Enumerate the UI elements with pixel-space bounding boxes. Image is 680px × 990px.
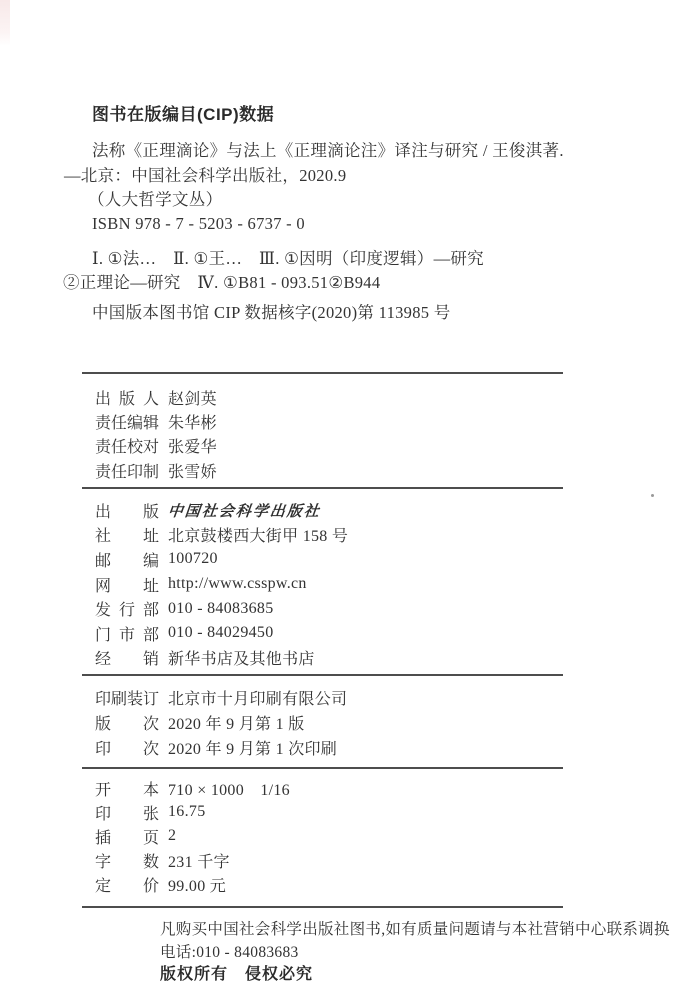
publisher-website: http://www.csspw.cn <box>168 575 307 593</box>
format-row: 插 页 2 <box>95 824 290 848</box>
staff-row: 责任印制 张雪娇 <box>95 458 217 482</box>
printing-row: 印刷装订 北京市十月印刷有限公司 <box>95 685 347 710</box>
scan-artifact <box>0 0 10 46</box>
staff-value: 张爱华 <box>168 434 217 457</box>
cip-class-line-2: ②正理论—研究 Ⅳ. ①B81 - 093.51②B944 <box>63 274 380 292</box>
divider-4 <box>82 767 563 769</box>
staff-value: 朱华彬 <box>168 410 217 433</box>
publisher-label: 门 市 部 <box>95 622 159 645</box>
format-row: 开 本 710 × 1000 1/16 <box>95 776 290 800</box>
format-label: 插 页 <box>95 825 159 848</box>
printing-row: 印 次 2020 年 9 月第 1 次印刷 <box>95 735 347 760</box>
format-value: 99.00 元 <box>168 873 226 896</box>
publisher-label: 邮 编 <box>95 548 159 571</box>
divider-5 <box>82 906 563 908</box>
format-section: 开 本 710 × 1000 1/16 印 张 16.75 插 页 2 字 数 … <box>95 776 290 896</box>
printing-value: 北京市十月印刷有限公司 <box>168 686 347 709</box>
format-value: 231 千字 <box>168 849 230 872</box>
printing-label: 印刷装订 <box>95 686 159 709</box>
cip-title-line-1: 法称《正理滴论》与法上《正理滴论注》译注与研究 / 王俊淇著. <box>92 142 564 160</box>
divider-3 <box>82 674 563 676</box>
format-row: 字 数 231 千字 <box>95 848 290 872</box>
publisher-row: 邮 编 100720 <box>95 547 348 572</box>
publisher-label: 发 行 部 <box>95 597 159 620</box>
copyright-notice: 版权所有 侵权必究 <box>160 965 313 985</box>
purchase-notice: 凡购买中国社会科学出版社图书,如有质量问题请与本社营销中心联系调换 <box>160 920 670 940</box>
cip-class-line-1: Ⅰ. ①法… Ⅱ. ①王… Ⅲ. ①因明（印度逻辑）—研究 <box>92 250 484 268</box>
cip-record: 中国版本图书馆 CIP 数据核字(2020)第 113985 号 <box>92 304 451 322</box>
staff-row: 责任编辑 朱华彬 <box>95 409 217 433</box>
printing-row: 版 次 2020 年 9 月第 1 版 <box>95 710 347 735</box>
format-value: 16.75 <box>168 803 206 821</box>
staff-section: 出 版 人 赵剑英 责任编辑 朱华彬 责任校对 张爱华 责任印制 张雪娇 <box>95 385 217 483</box>
publisher-section: 出 版 中国社会科学出版社 社 址 北京鼓楼西大街甲 158 号 邮 编 100… <box>95 498 348 670</box>
publisher-value: 010 - 84029450 <box>168 624 274 642</box>
format-value: 2 <box>168 827 176 845</box>
format-label: 开 本 <box>95 777 159 800</box>
staff-value: 赵剑英 <box>168 386 217 409</box>
publisher-value: 100720 <box>168 550 218 568</box>
publisher-row: 门 市 部 010 - 84029450 <box>95 621 348 646</box>
publisher-row: 发 行 部 010 - 84083685 <box>95 596 348 621</box>
publisher-label: 经 销 <box>95 646 159 669</box>
publisher-value: 北京鼓楼西大街甲 158 号 <box>168 523 348 546</box>
staff-value: 张雪娇 <box>168 459 217 482</box>
staff-label: 责任编辑 <box>95 410 159 433</box>
publisher-value: 010 - 84083685 <box>168 600 274 618</box>
divider-2 <box>82 487 563 489</box>
publisher-row: 网 址 http://www.csspw.cn <box>95 572 348 597</box>
printing-section: 印刷装订 北京市十月印刷有限公司 版 次 2020 年 9 月第 1 版 印 次… <box>95 685 347 760</box>
publisher-row: 经 销 新华书店及其他书店 <box>95 646 348 671</box>
printing-label: 版 次 <box>95 711 159 734</box>
copyright-page: 图书在版编目(CIP)数据 法称《正理滴论》与法上《正理滴论注》译注与研究 / … <box>0 0 680 990</box>
staff-label: 出 版 人 <box>95 386 159 409</box>
format-row: 定 价 99.00 元 <box>95 872 290 896</box>
staff-label: 责任校对 <box>95 434 159 457</box>
staff-row: 责任校对 张爱华 <box>95 434 217 458</box>
publisher-row: 出 版 中国社会科学出版社 <box>95 498 348 523</box>
format-label: 定 价 <box>95 873 159 896</box>
publisher-label: 网 址 <box>95 573 159 596</box>
cip-isbn: ISBN 978 - 7 - 5203 - 6737 - 0 <box>92 215 305 233</box>
printing-value: 2020 年 9 月第 1 次印刷 <box>168 736 337 759</box>
printing-value: 2020 年 9 月第 1 版 <box>168 711 305 734</box>
publisher-value: 新华书店及其他书店 <box>168 646 315 669</box>
publisher-label: 出 版 <box>95 499 159 522</box>
format-label: 印 张 <box>95 801 159 824</box>
staff-row: 出 版 人 赵剑英 <box>95 385 217 409</box>
printing-label: 印 次 <box>95 736 159 759</box>
format-label: 字 数 <box>95 849 159 872</box>
service-phone: 电话:010 - 84083683 <box>160 943 299 963</box>
publisher-label: 社 址 <box>95 523 159 546</box>
publisher-wordmark: 中国社会科学出版社 <box>167 500 322 521</box>
format-row: 印 张 16.75 <box>95 800 290 824</box>
scan-speck <box>651 494 654 497</box>
cip-heading: 图书在版编目(CIP)数据 <box>92 106 274 124</box>
cip-title-line-2: —北京：中国社会科学出版社，2020.9 <box>64 167 346 185</box>
format-value: 710 × 1000 1/16 <box>168 777 290 800</box>
divider-1 <box>82 372 563 374</box>
publisher-row: 社 址 北京鼓楼西大街甲 158 号 <box>95 523 348 548</box>
staff-label: 责任印制 <box>95 459 159 482</box>
cip-series: （人大哲学文丛） <box>88 191 222 209</box>
